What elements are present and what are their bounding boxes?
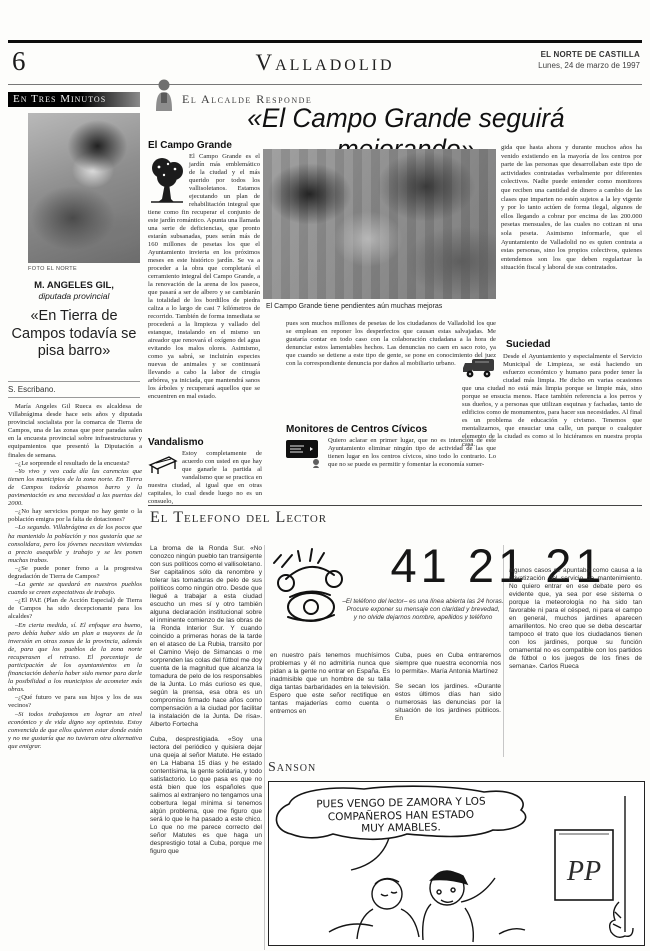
top-rule: [8, 40, 642, 43]
interview-answer: –Si todos trabajamos en lograr un nivel …: [8, 711, 142, 751]
speech-bubble-line: COMPAÑEROS HAN ESTADO: [328, 808, 474, 824]
section-title-monitores: Monitores de Centros Cívicos: [286, 424, 427, 435]
telefono-heading: El Telefono del Lector: [150, 509, 327, 527]
interview-answer: –En cierta medida, sí. El enfoque era bu…: [8, 622, 142, 695]
svg-text:PP: PP: [566, 856, 601, 887]
byline-rule: [8, 381, 140, 382]
interview-question: –¿No hay servicios porque no hay gente o…: [8, 508, 142, 524]
monitores-text-continued: gida que hasta ahora y durante muchos añ…: [501, 144, 642, 340]
photo-caption: El Campo Grande tiene pendientes aún muc…: [266, 303, 496, 310]
column-divider: [264, 545, 265, 950]
banner-icon: [286, 438, 324, 468]
header-rule: [8, 84, 642, 85]
section-title-campo-grande: El Campo Grande: [148, 140, 232, 151]
interview-answer: –Yo vivo y veo cada día las carencias qu…: [8, 468, 142, 508]
en-tres-minutos-label: En Tres Minutos: [8, 92, 140, 107]
pull-quote: «En Tierra de Campos todavía se pisa bar…: [6, 308, 142, 361]
interview-paragraph: María Angeles Gil Rueca es alcaldesa de …: [8, 403, 142, 460]
phone-note-line: –El teléfono del lector– es una línea ab…: [308, 598, 538, 606]
letters-column-1: La broma de la Ronda Sur. «No conozco ni…: [150, 545, 262, 948]
interview-answer: –La gente se quedará en nuestros pueblos…: [8, 581, 142, 597]
interview-text: María Angeles Gil Rueca es alcaldesa de …: [8, 403, 142, 948]
reader-letter: en nuestro país tenemos muchísimos probl…: [270, 652, 390, 716]
section-title-suciedad: Suciedad: [506, 339, 550, 350]
campo-grande-photo: [263, 149, 496, 299]
bench-icon: [148, 453, 178, 475]
letters-column-2: en nuestro país tenemos muchísimos probl…: [270, 652, 390, 756]
comic-panel: PUES VENGO DE ZAMORA Y LOS COMPAÑEROS HA…: [268, 781, 645, 946]
reader-letter: algunos casos se apuntaba como causa a l…: [509, 567, 642, 671]
byline: S. Escribano.: [8, 385, 56, 394]
person-name: M. ANGELES GIL,: [8, 280, 140, 291]
letters-column-4: algunos casos se apuntaba como causa a l…: [509, 567, 642, 757]
tree-icon: [148, 155, 186, 203]
reader-letter: Se secan los jardines. «Durante estos úl…: [395, 683, 501, 723]
comic-heading: Sanson: [268, 760, 316, 776]
newspaper-page: 6 Valladolid EL NORTE DE CASTILLA Lunes,…: [0, 0, 650, 951]
comic-characters: [329, 871, 525, 942]
section-title-vandalismo: Vandalismo: [148, 437, 204, 448]
reader-letter: La broma de la Ronda Sur. «No conozco ni…: [150, 545, 262, 729]
phone-note: –El teléfono del lector– es una línea ab…: [308, 598, 538, 622]
interview-question: –¿Se puede poner freno a la progresiva d…: [8, 565, 142, 581]
masthead: EL NORTE DE CASTILLA Lunes, 24 de marzo …: [538, 50, 640, 70]
reader-letter: Cuba, desprestigiada. «Soy una lectora d…: [150, 736, 262, 856]
interview-question: –¿El PAE (Plan de Acción Especial) de Ti…: [8, 597, 142, 621]
pp-poster: PP: [555, 830, 613, 900]
edition-date: Lunes, 24 de marzo de 1997: [538, 61, 640, 70]
photo-credit: FOTO EL NORTE: [28, 266, 77, 272]
reader-letter: Cuba, pues en Cuba entraremos siempre qu…: [395, 652, 501, 676]
campo-grande-text: El Campo Grande es el jardín más emblemá…: [148, 153, 260, 425]
person-role: diputada provincial: [8, 291, 140, 301]
speech-bubble-line: MUY AMABLES.: [361, 821, 441, 834]
phone-note-line: y no olvide dejarnos nombre, apellidos y…: [308, 614, 538, 622]
alcalde-icon: [152, 78, 176, 112]
telefono-rule: [148, 505, 642, 506]
byline-rule: [8, 397, 140, 398]
interview-answer: –Lo segundo. Villabrágima es de los poco…: [8, 524, 142, 564]
interview-question: –¿Qué futuro ve para sus hijos y los de …: [8, 694, 142, 710]
letters-column-3: Cuba, pues en Cuba entraremos siempre qu…: [395, 652, 501, 756]
phone-note-line: Procure exponer su mensaje con claridad …: [308, 606, 538, 614]
paper-name: EL NORTE DE CASTILLA: [538, 50, 640, 59]
interview-question: –¿Le sorprende el resultado de la encues…: [8, 460, 142, 468]
truck-icon: [462, 355, 498, 381]
portrait-photo: [28, 113, 140, 263]
suciedad-text: Desde el Ayuntamiento y especialmente el…: [462, 353, 642, 449]
